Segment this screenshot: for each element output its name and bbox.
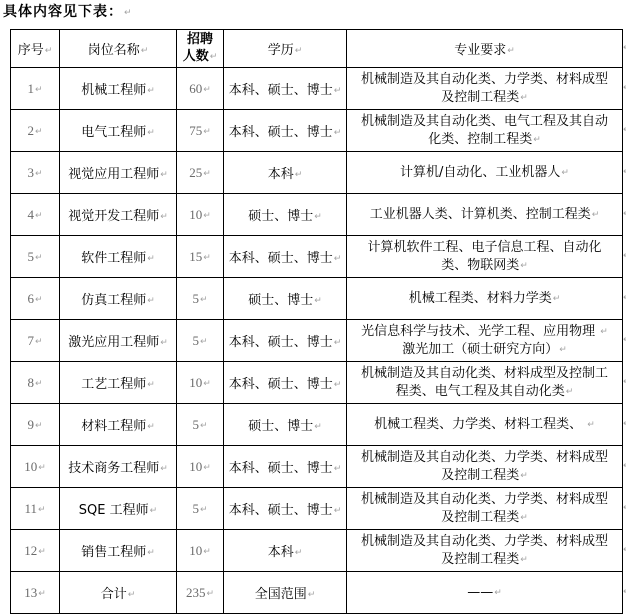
- cell-no: 11↵: [11, 488, 60, 530]
- cell-degree: 硕士、博士↵: [224, 194, 347, 236]
- header-count-line2: 人数↵: [179, 48, 221, 66]
- paragraph-mark: ↵: [334, 86, 342, 96]
- paragraph-mark: ↵: [561, 168, 569, 178]
- cell-major: 工业机器人类、计算机类、控制工程类↵: [347, 194, 623, 236]
- paragraph-mark: ↵: [587, 420, 595, 430]
- cell-degree: 本科、硕士、博士↵: [224, 488, 347, 530]
- paragraph-mark: ↵: [203, 379, 211, 389]
- paragraph-mark: ↵: [334, 338, 342, 348]
- paragraph-mark: ↵: [35, 169, 43, 179]
- cell-title: 激光应用工程师↵: [60, 320, 177, 362]
- table-row: 13↵ 合计↵ 235↵ 全国范围↵ ——↵: [11, 572, 623, 614]
- paragraph-mark: ↵: [147, 548, 155, 558]
- paragraph-mark: ↵: [147, 254, 155, 264]
- cell-no: 6↵: [11, 278, 60, 320]
- cell-major: 机械制造及其自动化类、力学类、材料成型 及控制工程类↵: [347, 446, 623, 488]
- paragraph-mark: ↵: [520, 513, 528, 523]
- cell-degree: 本科↵: [224, 530, 347, 572]
- cell-degree: 本科、硕士、博士↵: [224, 236, 347, 278]
- cell-count: 10↵: [177, 362, 224, 404]
- header-row: 序号↵ 岗位名称↵ 招聘 人数↵ 学历↵ 专业要求↵: [11, 30, 623, 68]
- cell-major: 机械制造及其自动化类、材料成型及控制工 程类、电气工程及其自动化类↵: [347, 362, 623, 404]
- header-no: 序号↵: [11, 30, 60, 68]
- cell-no: 13↵: [11, 572, 60, 614]
- paragraph-mark: ↵: [314, 212, 322, 222]
- cell-no: 10↵: [11, 446, 60, 488]
- cell-title: 工艺工程师↵: [60, 362, 177, 404]
- cell-no: 4↵: [11, 194, 60, 236]
- paragraph-mark: ↵: [592, 210, 600, 220]
- paragraph-mark: ↵: [203, 547, 211, 557]
- paragraph-mark: ↵: [494, 588, 502, 598]
- paragraph-mark: ↵: [38, 547, 46, 557]
- cell-title: 视觉开发工程师↵: [60, 194, 177, 236]
- cell-title: SQE 工程师↵: [60, 488, 177, 530]
- cell-title: 视觉应用工程师↵: [60, 152, 177, 194]
- paragraph-mark: ↵: [566, 387, 574, 397]
- cell-major: 机械工程类、材料力学类↵: [347, 278, 623, 320]
- cell-title: 机械工程师↵: [60, 68, 177, 110]
- table-row: 9↵ 材料工程师↵ 5↵ 硕士、博士↵ 机械工程类、力学类、材料工程类、 ↵: [11, 404, 623, 446]
- paragraph-mark: ↵: [210, 52, 218, 62]
- header-major: 专业要求↵: [347, 30, 623, 68]
- paragraph-mark: ↵: [203, 127, 211, 137]
- header-no-label: 序号: [18, 43, 44, 58]
- cell-count: 75↵: [177, 110, 224, 152]
- paragraph-mark: ↵: [600, 327, 608, 337]
- paragraph-mark: ↵: [203, 85, 211, 95]
- table-row: 12↵ 销售工程师↵ 10↵ 本科↵ 机械制造及其自动化类、力学类、材料成型 及…: [11, 530, 623, 572]
- header-degree: 学历↵: [224, 30, 347, 68]
- paragraph-mark: ↵: [38, 505, 46, 515]
- cell-major: ——↵: [347, 572, 623, 614]
- paragraph-mark: ↵: [314, 296, 322, 306]
- table-row: 2↵ 电气工程师↵ 75↵ 本科、硕士、博士↵ 机械制造及其自动化类、电气工程及…: [11, 110, 623, 152]
- cell-count: 25↵: [177, 152, 224, 194]
- header-degree-label: 学历: [268, 43, 294, 58]
- cell-degree: 本科↵: [224, 152, 347, 194]
- cell-title: 技术商务工程师↵: [60, 446, 177, 488]
- paragraph-mark: ↵: [128, 590, 136, 600]
- intro-label: 具体内容见下表：: [3, 4, 123, 20]
- cell-no: 12↵: [11, 530, 60, 572]
- paragraph-mark: ↵: [203, 253, 211, 263]
- paragraph-mark: ↵: [200, 505, 208, 515]
- paragraph-mark: ↵: [553, 294, 561, 304]
- cell-degree: 本科、硕士、博士↵: [224, 446, 347, 488]
- paragraph-mark: ↵: [141, 46, 149, 56]
- paragraph-mark: ↵: [200, 421, 208, 431]
- cell-degree: 本科、硕士、博士↵: [224, 110, 347, 152]
- paragraph-mark: ↵: [147, 128, 155, 138]
- cell-major: 光信息科学与技术、光学工程、应用物理 ↵ 激光加工（硕士研究方向）↵: [347, 320, 623, 362]
- cell-title: 材料工程师↵: [60, 404, 177, 446]
- table-row: 8↵ 工艺工程师↵ 10↵ 本科、硕士、博士↵ 机械制造及其自动化类、材料成型及…: [11, 362, 623, 404]
- paragraph-mark: ↵: [334, 506, 342, 516]
- paragraph-mark: ↵: [124, 8, 133, 18]
- cell-no: 9↵: [11, 404, 60, 446]
- paragraph-mark: ↵: [160, 170, 168, 180]
- cell-major: 机械制造及其自动化类、力学类、材料成型 及控制工程类↵: [347, 530, 623, 572]
- cell-count: 60↵: [177, 68, 224, 110]
- header-title: 岗位名称↵: [60, 30, 177, 68]
- paragraph-mark: ↵: [295, 548, 303, 558]
- paragraph-mark: ↵: [295, 46, 303, 56]
- cell-count: 5↵: [177, 278, 224, 320]
- table-row: 5↵ 软件工程师↵ 15↵ 本科、硕士、博士↵ 计算机软件工程、电子信息工程、自…: [11, 236, 623, 278]
- cell-count: 10↵: [177, 194, 224, 236]
- cell-degree: 全国范围↵: [224, 572, 347, 614]
- cell-title: 软件工程师↵: [60, 236, 177, 278]
- cell-major: 机械制造及其自动化类、电气工程及其自动 化类、控制工程类↵: [347, 110, 623, 152]
- cell-no: 5↵: [11, 236, 60, 278]
- paragraph-mark: ↵: [308, 590, 316, 600]
- paragraph-mark: ↵: [559, 345, 567, 355]
- cell-count: 10↵: [177, 446, 224, 488]
- recruitment-table: 序号↵ 岗位名称↵ 招聘 人数↵ 学历↵ 专业要求↵ 1↵ 机械工程师↵ 60↵…: [10, 29, 623, 614]
- paragraph-mark: ↵: [35, 85, 43, 95]
- cell-no: 1↵: [11, 68, 60, 110]
- cell-major: 机械制造及其自动化类、力学类、材料成型 及控制工程类↵: [347, 68, 623, 110]
- paragraph-mark: ↵: [35, 379, 43, 389]
- paragraph-mark: ↵: [150, 506, 158, 516]
- paragraph-mark: ↵: [206, 589, 214, 599]
- paragraph-mark: ↵: [160, 338, 168, 348]
- paragraph-mark: ↵: [35, 127, 43, 137]
- paragraph-mark: ↵: [35, 295, 43, 305]
- cell-no: 7↵: [11, 320, 60, 362]
- paragraph-mark: ↵: [520, 93, 528, 103]
- paragraph-mark: ↵: [334, 380, 342, 390]
- cell-no: 2↵: [11, 110, 60, 152]
- paragraph-mark: ↵: [334, 128, 342, 138]
- cell-no: 8↵: [11, 362, 60, 404]
- cell-degree: 本科、硕士、博士↵: [224, 320, 347, 362]
- cell-degree: 硕士、博士↵: [224, 404, 347, 446]
- paragraph-mark: ↵: [38, 589, 46, 599]
- cell-major: 机械制造及其自动化类、力学类、材料成型 及控制工程类↵: [347, 488, 623, 530]
- paragraph-mark: ↵: [520, 471, 528, 481]
- cell-count: 5↵: [177, 404, 224, 446]
- paragraph-mark: ↵: [203, 463, 211, 473]
- cell-degree: 本科、硕士、博士↵: [224, 362, 347, 404]
- cell-title: 电气工程师↵: [60, 110, 177, 152]
- table-row: 6↵ 仿真工程师↵ 5↵ 硕士、博士↵ 机械工程类、材料力学类↵: [11, 278, 623, 320]
- paragraph-mark: ↵: [334, 464, 342, 474]
- cell-major: 机械工程类、力学类、材料工程类、 ↵: [347, 404, 623, 446]
- header-major-label: 专业要求: [454, 43, 506, 58]
- cell-no: 3↵: [11, 152, 60, 194]
- paragraph-mark: ↵: [507, 46, 515, 56]
- paragraph-mark: ↵: [314, 422, 322, 432]
- header-title-label: 岗位名称: [88, 43, 140, 58]
- paragraph-mark: ↵: [45, 46, 53, 56]
- paragraph-mark: ↵: [200, 337, 208, 347]
- table-row: 4↵ 视觉开发工程师↵ 10↵ 硕士、博士↵ 工业机器人类、计算机类、控制工程类…: [11, 194, 623, 236]
- header-count: 招聘 人数↵: [177, 30, 224, 68]
- paragraph-mark: ↵: [160, 212, 168, 222]
- paragraph-mark: ↵: [147, 422, 155, 432]
- paragraph-mark: ↵: [520, 555, 528, 565]
- table-row: 3↵ 视觉应用工程师↵ 25↵ 本科↵ 计算机/自动化、工业机器人↵: [11, 152, 623, 194]
- paragraph-mark: ↵: [35, 337, 43, 347]
- paragraph-mark: ↵: [147, 296, 155, 306]
- table-row: 10↵ 技术商务工程师↵ 10↵ 本科、硕士、博士↵ 机械制造及其自动化类、力学…: [11, 446, 623, 488]
- paragraph-mark: ↵: [160, 464, 168, 474]
- paragraph-mark: ↵: [203, 211, 211, 221]
- paragraph-mark: ↵: [200, 295, 208, 305]
- cell-count: 5↵: [177, 488, 224, 530]
- paragraph-mark: ↵: [147, 380, 155, 390]
- cell-major: 计算机/自动化、工业机器人↵: [347, 152, 623, 194]
- table-row: 11↵ SQE 工程师↵ 5↵ 本科、硕士、博士↵ 机械制造及其自动化类、力学类…: [11, 488, 623, 530]
- intro-text: 具体内容见下表：↵: [3, 1, 133, 21]
- paragraph-mark: ↵: [334, 254, 342, 264]
- paragraph-mark: ↵: [35, 253, 43, 263]
- paragraph-mark: ↵: [35, 211, 43, 221]
- header-count-line1: 招聘: [179, 31, 221, 48]
- paragraph-mark: ↵: [295, 170, 303, 180]
- cell-count: 235↵: [177, 572, 224, 614]
- paragraph-mark: ↵: [35, 421, 43, 431]
- paragraph-mark: ↵: [520, 261, 528, 271]
- table-row: 1↵ 机械工程师↵ 60↵ 本科、硕士、博士↵ 机械制造及其自动化类、力学类、材…: [11, 68, 623, 110]
- paragraph-mark: ↵: [203, 169, 211, 179]
- paragraph-mark: ↵: [533, 135, 541, 145]
- table-row: 7↵ 激光应用工程师↵ 5↵ 本科、硕士、博士↵ 光信息科学与技术、光学工程、应…: [11, 320, 623, 362]
- cell-count: 5↵: [177, 320, 224, 362]
- cell-major: 计算机软件工程、电子信息工程、自动化 类、物联网类↵: [347, 236, 623, 278]
- cell-degree: 硕士、博士↵: [224, 278, 347, 320]
- cell-degree: 本科、硕士、博士↵: [224, 68, 347, 110]
- cell-title: 仿真工程师↵: [60, 278, 177, 320]
- cell-count: 10↵: [177, 530, 224, 572]
- cell-title: 合计↵: [60, 572, 177, 614]
- paragraph-mark: ↵: [38, 463, 46, 473]
- cell-count: 15↵: [177, 236, 224, 278]
- paragraph-mark: ↵: [147, 86, 155, 96]
- cell-title: 销售工程师↵: [60, 530, 177, 572]
